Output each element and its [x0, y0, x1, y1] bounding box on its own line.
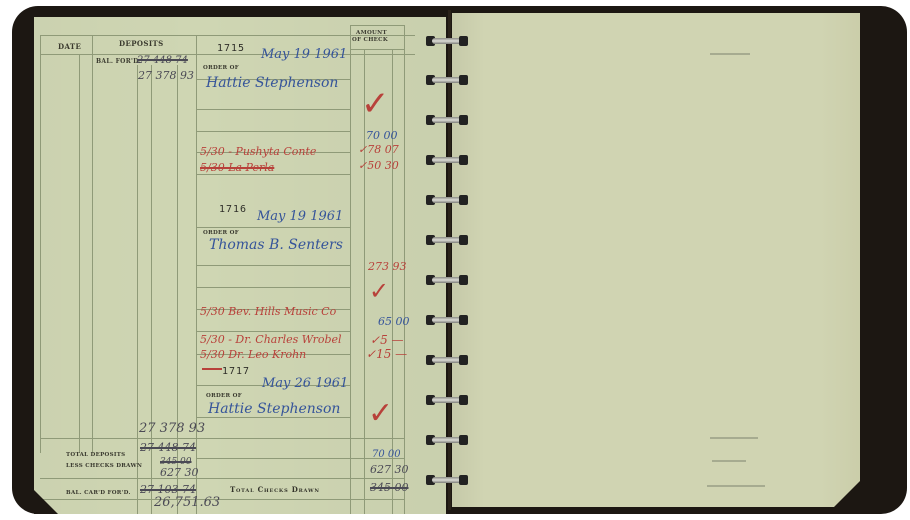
bal-carried-forward-value: 26,751.63	[154, 495, 220, 510]
rule	[196, 131, 350, 132]
less-checks-drawn-label: LESS CHECKS DRAWN	[66, 463, 142, 469]
rule	[350, 25, 404, 26]
deposits-column-header: DEPOSITS	[119, 39, 164, 48]
rule	[40, 499, 404, 500]
bal-forward-label: BAL. FOR'D.	[96, 58, 141, 65]
faint-show-through	[707, 485, 765, 487]
check-amount: 273 93	[368, 260, 407, 273]
spiral-coil	[426, 235, 468, 245]
rule	[196, 174, 350, 175]
header-bottom-rule	[40, 54, 415, 55]
memo-note-struck: 5/30 La Perla	[200, 161, 274, 174]
strike-mark	[202, 368, 222, 370]
rule	[392, 49, 393, 514]
memo-amount: ✓15 —	[366, 347, 407, 361]
spiral-coil	[426, 155, 468, 165]
checks-column-value: 627 30	[370, 463, 409, 476]
deposits-carry-total: 27 378 93	[139, 421, 205, 436]
rule	[196, 478, 404, 479]
spiral-coil	[426, 195, 468, 205]
rule	[350, 25, 351, 514]
total-deposits-struck: 27 448 74	[140, 441, 196, 454]
amount-header-line1: AMOUNT	[356, 30, 387, 36]
rule	[79, 54, 80, 453]
rule	[196, 417, 350, 418]
rule	[40, 35, 41, 453]
memo-amount: 65 00	[378, 315, 410, 328]
order-of-label: ORDER OF	[203, 65, 239, 71]
rule	[196, 227, 350, 228]
checkmark-icon: ✓	[361, 87, 390, 121]
check-date: May 19 1961	[261, 47, 347, 62]
rule	[40, 438, 196, 439]
spiral-coil	[426, 75, 468, 85]
faint-show-through	[712, 460, 746, 462]
bal-carried-forward-label: BAL. CAR'D FOR'D.	[66, 490, 131, 496]
memo-amount: ✓78 07	[358, 143, 399, 156]
rule	[196, 109, 350, 110]
check-number: 1717	[222, 366, 250, 377]
memo-note: 5/30 - Dr. Charles Wrobel	[200, 333, 342, 346]
order-of-label: ORDER OF	[203, 230, 239, 236]
faint-show-through	[710, 437, 758, 439]
rule	[350, 49, 404, 50]
memo-note: 5/30 Bev. Hills Music Co	[200, 305, 336, 318]
checks-column-value: 70 00	[372, 449, 401, 460]
check-payee: Hattie Stephenson	[206, 75, 338, 91]
check-register-page: DATE DEPOSITS AMOUNT OF CHECK BAL. FOR'D…	[34, 17, 446, 514]
spiral-coil	[426, 115, 468, 125]
memo-note: 5/30 - Pushyta Conte	[200, 145, 316, 158]
checkmark-icon: ✓	[366, 347, 376, 361]
checkmark-icon: ✓	[358, 143, 367, 156]
check-number: 1716	[219, 204, 247, 215]
less-checks-drawn-value: 627 30	[160, 466, 199, 479]
rule	[196, 35, 197, 514]
check-payee: Hattie Stephenson	[208, 401, 340, 417]
rule	[196, 287, 350, 288]
memo-amount: ✓5 —	[370, 333, 404, 347]
spiral-coil	[426, 275, 468, 285]
spiral-coil	[426, 355, 468, 365]
checkmark-icon: ✓	[369, 279, 389, 303]
spiral-coil	[426, 395, 468, 405]
checkmark-icon: ✓	[370, 333, 380, 347]
memo-amount: ✓50 30	[358, 159, 399, 172]
check-subtotal: 70 00	[366, 129, 398, 142]
amount-header-line2: OF CHECK	[352, 37, 388, 43]
check-date: May 19 1961	[257, 209, 343, 224]
checks-total-struck: 345 00	[370, 481, 409, 494]
bal-forward-struck: 27 448 74	[137, 55, 188, 66]
checkmark-icon: ✓	[368, 399, 393, 429]
spiral-coil	[426, 36, 468, 46]
faint-show-through	[710, 53, 750, 55]
bal-forward-value: 27 378 93	[138, 69, 194, 82]
rule	[196, 331, 350, 332]
rule	[196, 438, 404, 439]
total-checks-drawn-label: Total Checks Drawn	[230, 485, 320, 494]
memo-note: 5/30 Dr. Leo Krohn	[200, 348, 306, 361]
check-date: May 26 1961	[262, 376, 348, 391]
rule	[196, 265, 350, 266]
check-payee: Thomas B. Senters	[209, 237, 343, 253]
check-number: 1715	[217, 43, 245, 54]
spiral-coil	[426, 475, 468, 485]
rule	[137, 65, 138, 514]
date-column-header: DATE	[58, 42, 81, 51]
blank-facing-page	[452, 13, 860, 507]
checkmark-icon: ✓	[358, 159, 367, 172]
order-of-label: ORDER OF	[206, 393, 242, 399]
spiral-coil	[426, 315, 468, 325]
spiral-coil	[426, 435, 468, 445]
total-deposits-label: TOTAL DEPOSITS	[66, 452, 125, 458]
rule	[92, 35, 93, 453]
